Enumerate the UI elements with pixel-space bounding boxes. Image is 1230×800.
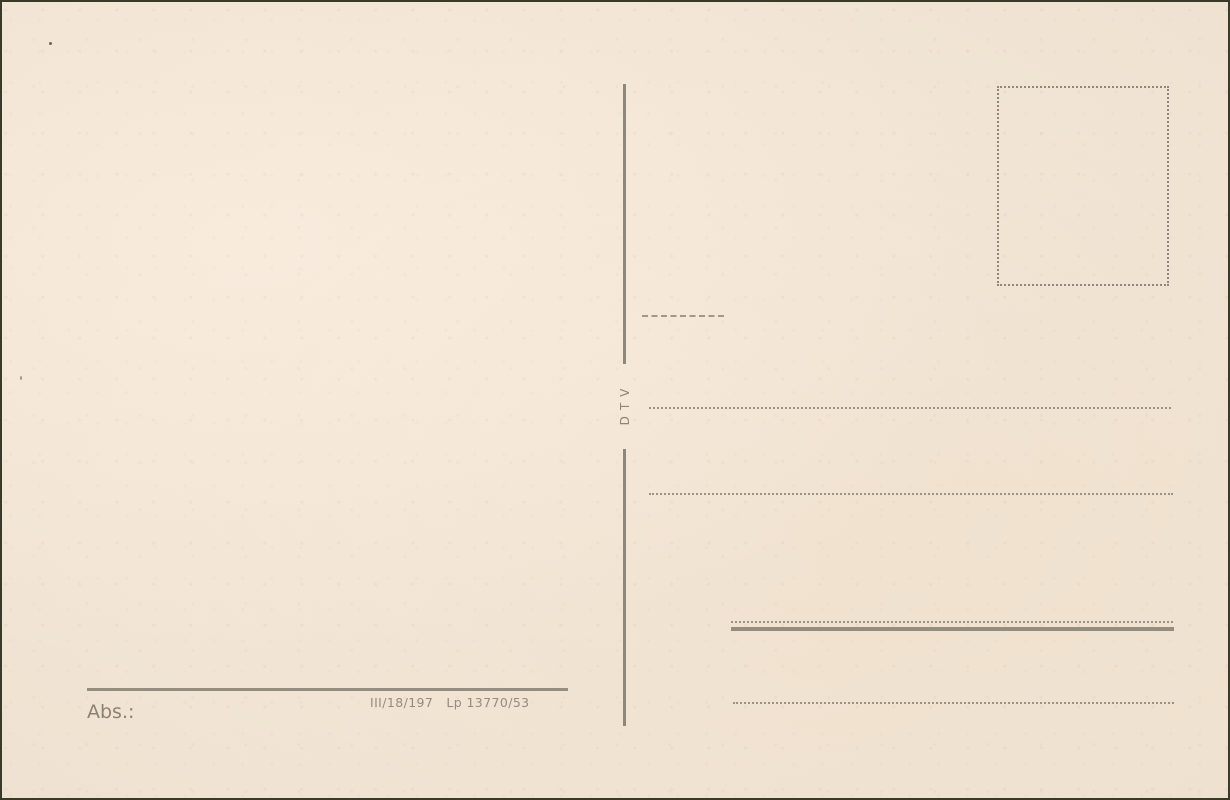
address-line-3-solid: [731, 627, 1174, 631]
sender-rule: [87, 688, 568, 691]
publisher-mark: DTV: [618, 379, 632, 429]
address-line-2: [649, 493, 1173, 495]
address-line-1: [649, 407, 1171, 409]
paper-speck: [49, 42, 52, 45]
stamp-box: [997, 86, 1169, 286]
print-code: III/18/197 Lp 13770/53: [370, 695, 530, 710]
postcard-back: Abs.: III/18/197 Lp 13770/53 DTV: [2, 2, 1228, 798]
sender-label: Abs.:: [87, 701, 134, 723]
address-line-3-dotted: [731, 621, 1173, 623]
divider-line-bottom: [623, 449, 626, 726]
address-line-4: [733, 702, 1174, 704]
address-line-short: [642, 315, 724, 317]
paper-speck: [20, 376, 22, 380]
divider-line-top: [623, 84, 626, 364]
